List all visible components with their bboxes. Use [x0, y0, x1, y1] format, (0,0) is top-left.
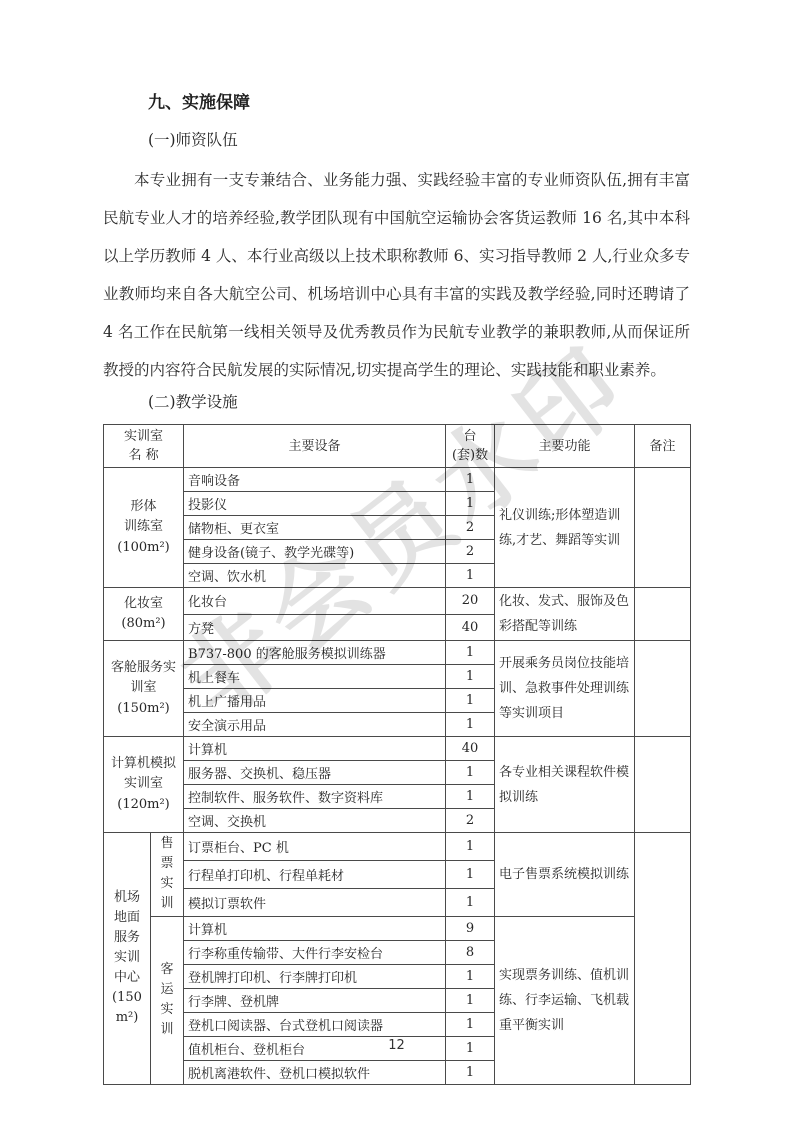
count-cell: 2: [446, 809, 495, 833]
equipment-cell: 控制软件、服务软件、数字资料库: [184, 785, 446, 809]
equipment-cell: 行程单打印机、行程单耗材: [184, 860, 446, 888]
function-cell: 开展乘务员岗位技能培训、急救事件处理训练等实训项目: [495, 641, 635, 737]
function-cell: 礼仪训练;形体塑造训练,才艺、舞蹈等实训: [495, 468, 635, 588]
note-cell: [635, 588, 691, 641]
equipment-cell: 机上餐车: [184, 665, 446, 689]
count-cell: 1: [446, 1012, 495, 1036]
room-name-cell: 形体 训练室(100m²): [104, 468, 184, 588]
sub-heading-facilities: (二)教学设施: [103, 392, 690, 413]
subsection-name-cell: 客运 实训: [151, 916, 184, 1084]
count-cell: 1: [446, 785, 495, 809]
equipment-cell: 健身设备(镜子、教学光碟等): [184, 540, 446, 564]
equipment-cell: 方凳: [184, 614, 446, 641]
document-page: 非会员水印 九、实施保障 (一)师资队伍 本专业拥有一支专兼结合、业务能力强、实…: [0, 0, 793, 1122]
equipment-cell: 空调、饮水机: [184, 564, 446, 588]
note-cell: [635, 737, 691, 833]
count-cell: 40: [446, 737, 495, 761]
count-cell: 1: [446, 641, 495, 665]
equipment-cell: 脱机离港软件、登机口模拟软件: [184, 1060, 446, 1084]
table-row: 机场 地面 服务 实训 中心 (150 m²) 售票 实训 订票柜台、PC 机 …: [104, 833, 691, 861]
count-cell: 1: [446, 988, 495, 1012]
table-row: 客舱服务实训室 (150m²) B737-800 的客舱服务模拟训练器 1 开展…: [104, 641, 691, 665]
room-name-cell: 客舱服务实训室 (150m²): [104, 641, 184, 737]
facilities-table: 实训室 名 称 主要设备 台 (套)数 主要功能 备注 形体 训练室(100m²…: [103, 424, 691, 1085]
count-cell: 9: [446, 916, 495, 940]
count-cell: 40: [446, 614, 495, 641]
function-cell: 实现票务训练、值机训练、行李运输、飞机载重平衡实训: [495, 916, 635, 1084]
equipment-cell: 服务器、交换机、稳压器: [184, 761, 446, 785]
note-cell: [635, 641, 691, 737]
count-cell: 1: [446, 492, 495, 516]
count-cell: 8: [446, 940, 495, 964]
count-cell: 1: [446, 564, 495, 588]
table-row: 化妆室(80m²) 化妆台 20 化妆、发式、服饰及色彩搭配等训练: [104, 588, 691, 615]
header-room-name: 实训室 名 称: [104, 425, 184, 468]
count-cell: 1: [446, 888, 495, 916]
sub-heading-teachers: (一)师资队伍: [103, 130, 690, 151]
table-header-row: 实训室 名 称 主要设备 台 (套)数 主要功能 备注: [104, 425, 691, 468]
equipment-cell: 音响设备: [184, 468, 446, 492]
count-cell: 1: [446, 761, 495, 785]
content-area: 九、实施保障 (一)师资队伍 本专业拥有一支专兼结合、业务能力强、实践经验丰富的…: [103, 0, 690, 1085]
count-cell: 1: [446, 468, 495, 492]
room-name-cell: 计算机模拟 实训室(120m²): [104, 737, 184, 833]
table-row: 计算机模拟 实训室(120m²) 计算机 40 各专业相关课程软件模拟训练: [104, 737, 691, 761]
equipment-cell: 安全演示用品: [184, 713, 446, 737]
equipment-cell: 化妆台: [184, 588, 446, 615]
equipment-cell: 登机牌打印机、行李牌打印机: [184, 964, 446, 988]
header-function: 主要功能: [495, 425, 635, 468]
count-cell: 1: [446, 689, 495, 713]
body-paragraph: 本专业拥有一支专兼结合、业务能力强、实践经验丰富的专业师资队伍,拥有丰富民航专业…: [103, 161, 690, 389]
function-cell: 各专业相关课程软件模拟训练: [495, 737, 635, 833]
count-cell: 2: [446, 540, 495, 564]
equipment-cell: 订票柜台、PC 机: [184, 833, 446, 861]
count-cell: 20: [446, 588, 495, 615]
header-count: 台 (套)数: [446, 425, 495, 468]
header-note: 备注: [635, 425, 691, 468]
header-equipment: 主要设备: [184, 425, 446, 468]
equipment-cell: 行李称重传输带、大件行李安检台: [184, 940, 446, 964]
equipment-cell: 空调、交换机: [184, 809, 446, 833]
equipment-cell: 投影仪: [184, 492, 446, 516]
section-heading: 九、实施保障: [103, 92, 690, 115]
equipment-cell: 计算机: [184, 737, 446, 761]
function-cell: 电子售票系统模拟训练: [495, 833, 635, 917]
table-row: 客运 实训 计算机 9 实现票务训练、值机训练、行李运输、飞机载重平衡实训: [104, 916, 691, 940]
equipment-cell: 模拟订票软件: [184, 888, 446, 916]
count-cell: 1: [446, 665, 495, 689]
count-cell: 1: [446, 860, 495, 888]
equipment-cell: B737-800 的客舱服务模拟训练器: [184, 641, 446, 665]
count-cell: 2: [446, 516, 495, 540]
count-cell: 1: [446, 964, 495, 988]
count-cell: 1: [446, 713, 495, 737]
subsection-name-cell: 售票 实训: [151, 833, 184, 917]
table-row: 形体 训练室(100m²) 音响设备 1 礼仪训练;形体塑造训练,才艺、舞蹈等实…: [104, 468, 691, 492]
note-cell: [635, 468, 691, 588]
equipment-cell: 储物柜、更衣室: [184, 516, 446, 540]
room-name-cell: 化妆室(80m²): [104, 588, 184, 641]
equipment-cell: 机上广播用品: [184, 689, 446, 713]
function-cell: 化妆、发式、服饰及色彩搭配等训练: [495, 588, 635, 641]
page-number: 12: [0, 1038, 793, 1053]
equipment-cell: 行李牌、登机牌: [184, 988, 446, 1012]
count-cell: 1: [446, 833, 495, 861]
count-cell: 1: [446, 1060, 495, 1084]
equipment-cell: 登机口阅读器、台式登机口阅读器: [184, 1012, 446, 1036]
equipment-cell: 计算机: [184, 916, 446, 940]
